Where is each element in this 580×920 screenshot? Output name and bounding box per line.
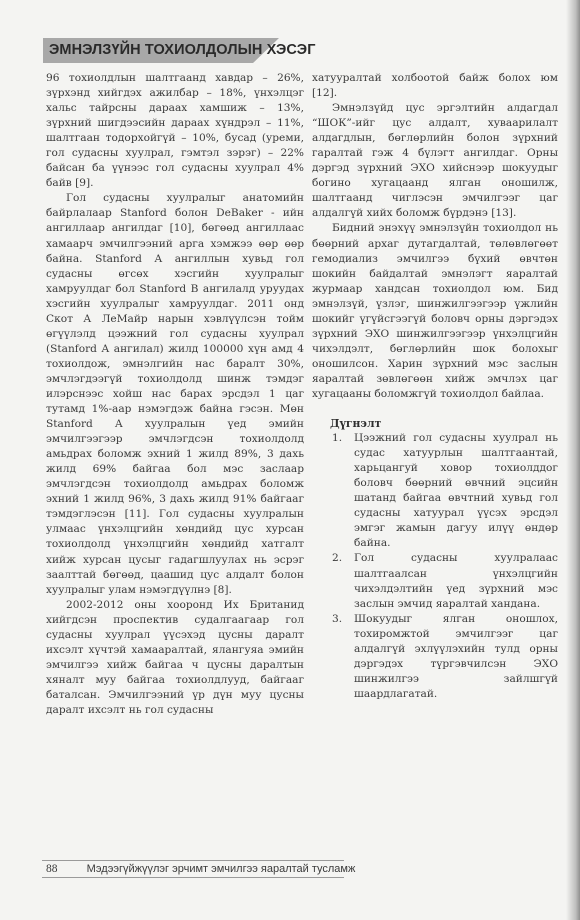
conclusion-list: 1. Цээжний гол судасны хуулрал нь судас … <box>312 431 558 702</box>
conclusion-item: 3. Шокуудыг ялган оношлох, тохиромжтой э… <box>354 612 558 702</box>
conclusion-heading: Дүгнэлт <box>330 416 558 431</box>
body-paragraph: Эмнэлзүйд цус эргэлтийн алдагдал “ШОК”-и… <box>312 101 558 221</box>
conclusion-item: 2. Гол судасны хуулралаас шалтгаалсан үн… <box>354 551 558 611</box>
item-text: Шокуудыг ялган оношлох, тохиромжтой эмчи… <box>354 613 558 700</box>
body-paragraph: 2002-2012 оны хооронд Их Британид хийгдс… <box>46 598 304 718</box>
footer-rule-top <box>42 860 344 861</box>
footer-rule-bottom <box>42 877 344 878</box>
page-footer: 88 Мэдээгүйжүүлэг эрчимт эмчилгээ яаралт… <box>46 863 355 875</box>
item-text: Гол судасны хуулралаас шалтгаалсан үнхэл… <box>354 552 558 609</box>
body-paragraph: хатууралтай холбоотой байж болох юм [12]… <box>312 71 558 101</box>
item-text: Цээжний гол судасны хуулрал нь судас хат… <box>354 432 558 549</box>
conclusion-item: 1. Цээжний гол судасны хуулрал нь судас … <box>354 431 558 551</box>
right-column: хатууралтай холбоотой байж болох юм [12]… <box>312 71 558 702</box>
left-column: 96 тохиолдлын шалтгаанд хавдар – 26%, зү… <box>46 71 304 718</box>
page-number: 88 <box>46 863 58 875</box>
body-paragraph: Гол судасны хуулралыг анатомийн байрлала… <box>46 191 304 597</box>
body-paragraph: Бидний энэхүү эмнэлзүйн тохиолдол нь бөө… <box>312 221 558 402</box>
page-edge-shadow <box>566 0 580 920</box>
journal-title: Мэдээгүйжүүлэг эрчимт эмчилгээ яаралтай … <box>87 863 356 875</box>
item-number: 1. <box>332 431 342 446</box>
item-number: 2. <box>332 551 342 566</box>
section-title: ЭМНЭЛЗҮЙН ТОХИОЛДОЛЫН ХЭСЭГ <box>49 42 316 58</box>
item-number: 3. <box>332 612 342 627</box>
body-paragraph: 96 тохиолдлын шалтгаанд хавдар – 26%, зү… <box>46 71 304 191</box>
